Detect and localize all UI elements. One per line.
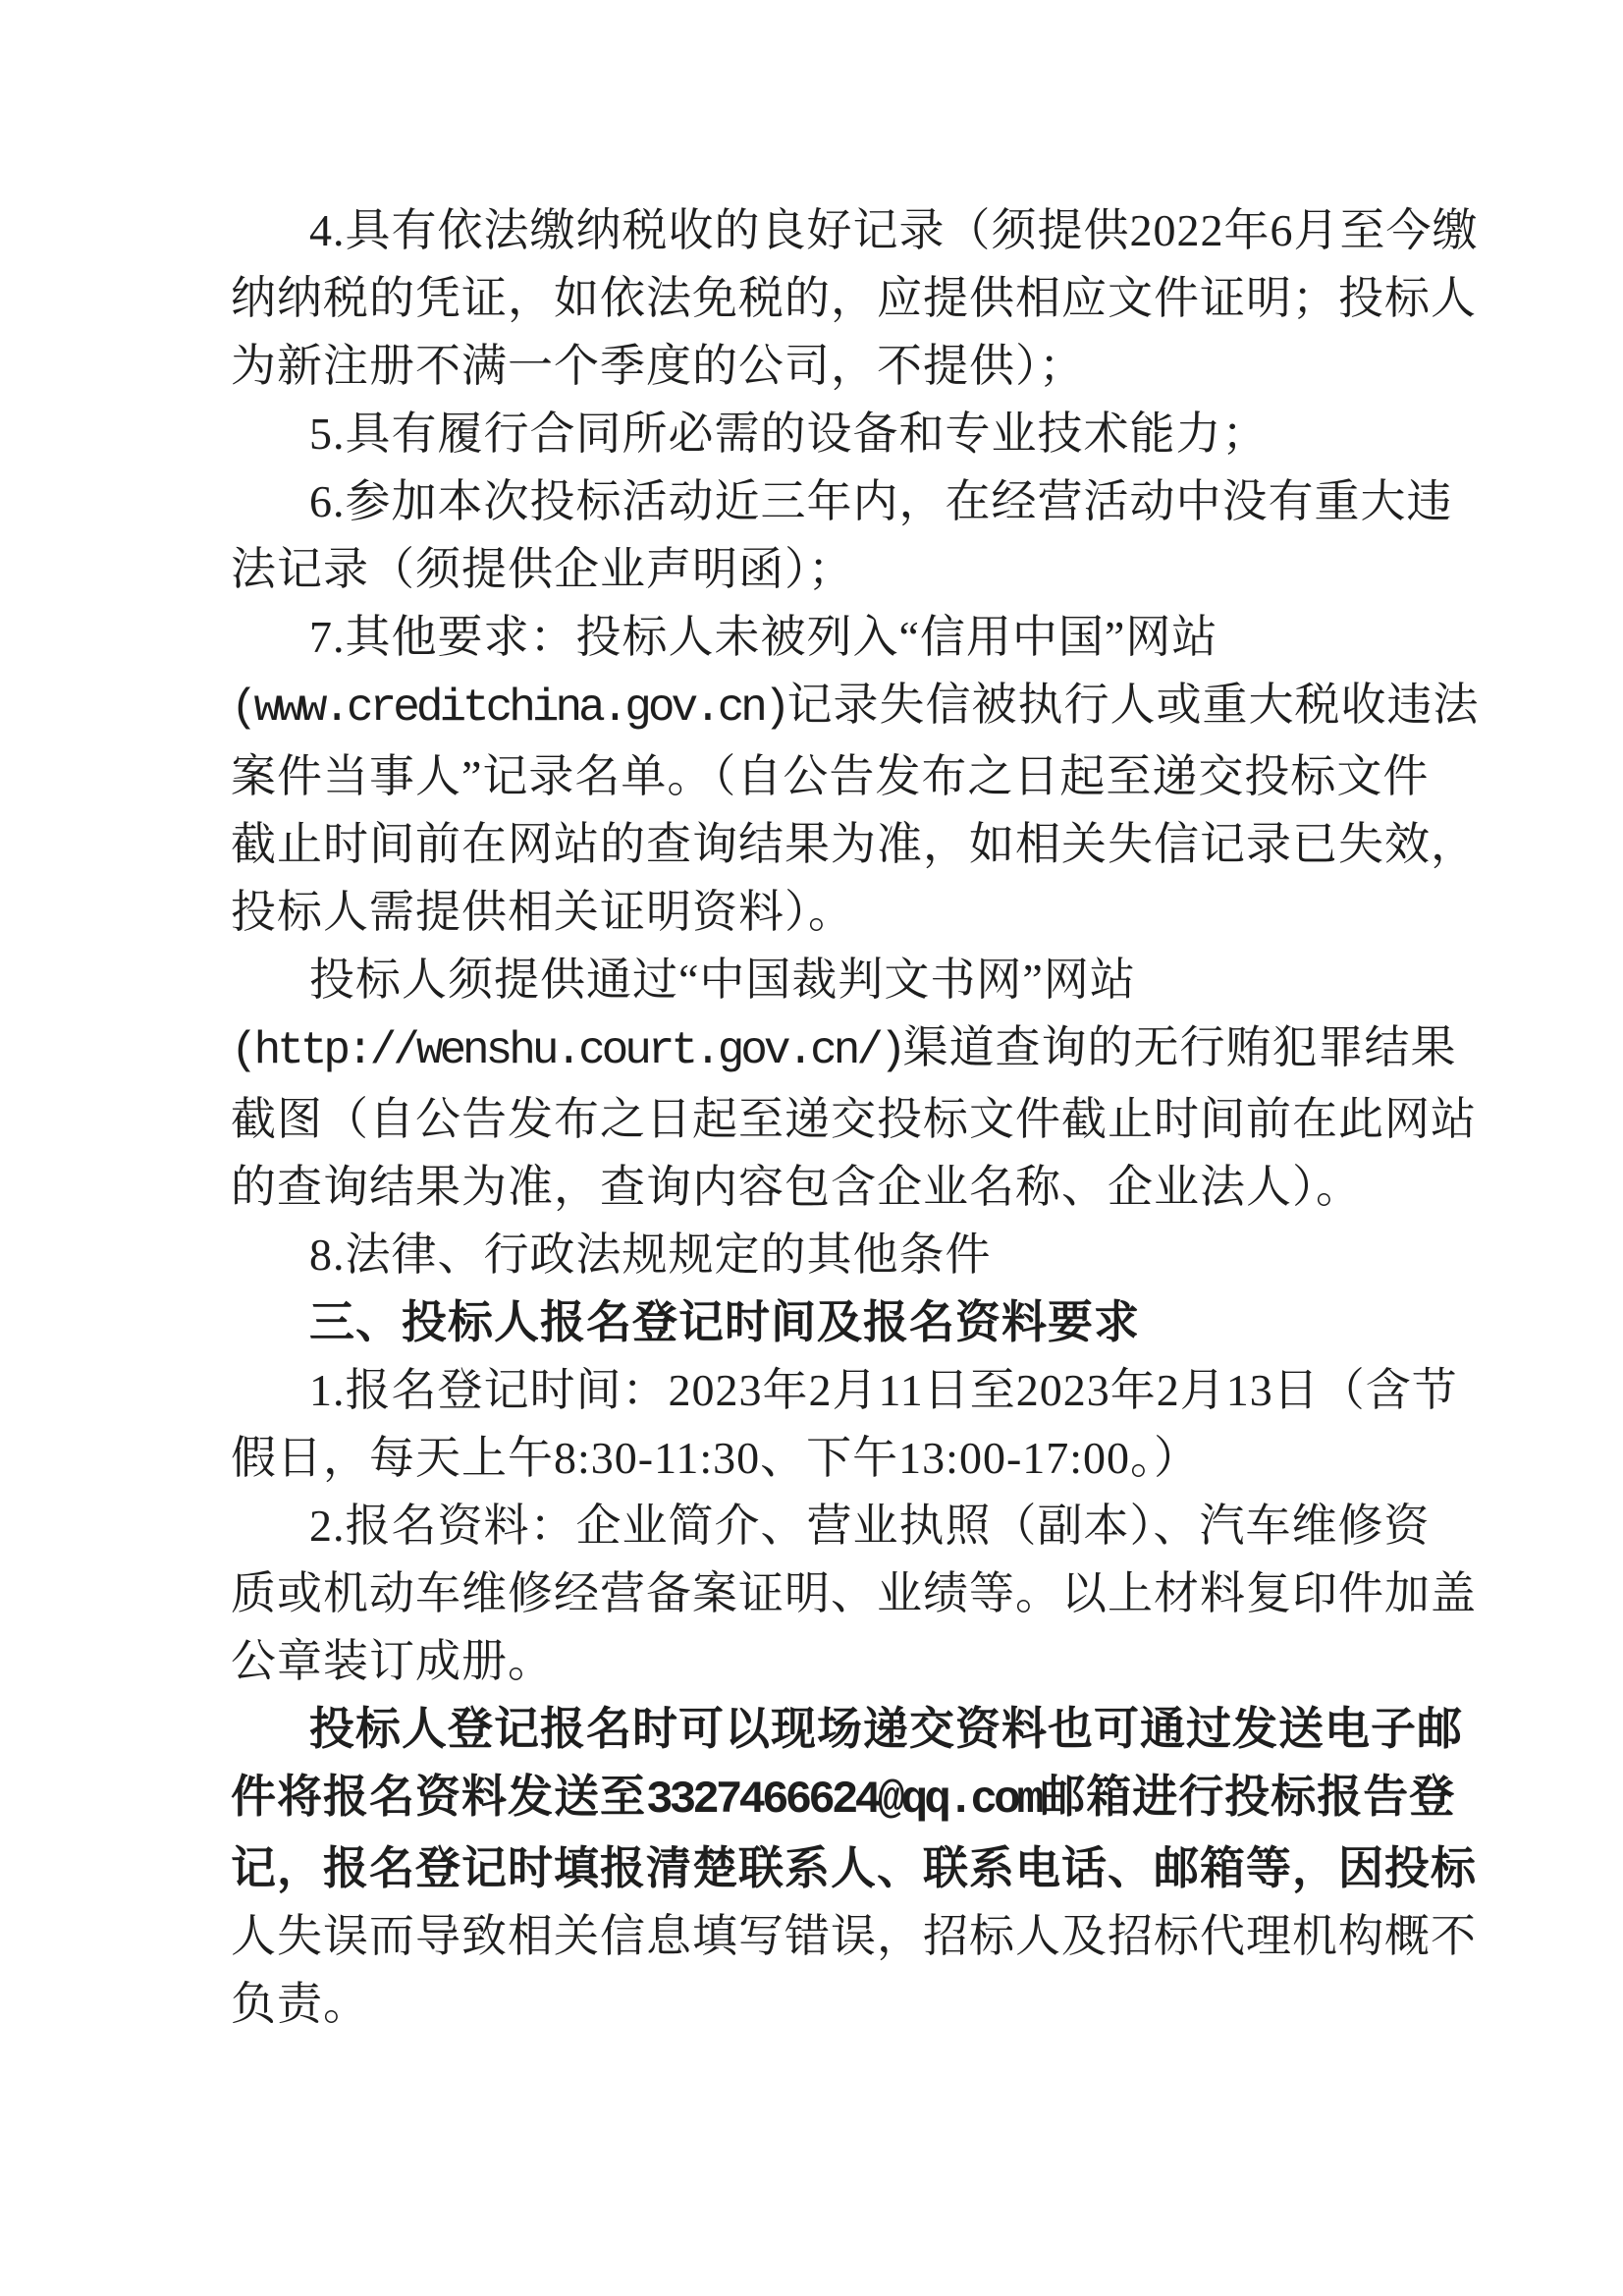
text-segment: 截图（自公告发布之日起至递交投标文件截止时间前在此网站 <box>231 1094 1477 1144</box>
text-segment: 8.法律、行政法规规定的其他条件 <box>309 1230 992 1280</box>
text-line: (www.creditchina.gov.cn)记录失信被执行人或重大税收违法 <box>231 671 1478 742</box>
url-text-segment: (http://wenshu.court.gov.cn/) <box>231 1025 903 1076</box>
text-segment: 6.参加本次投标活动近三年内，在经营活动中没有重大违 <box>309 476 1453 526</box>
text-segment: 邮箱进行投标报告登 <box>1040 1772 1455 1822</box>
text-line: 投标人须提供通过“中国裁判文书网”网站 <box>231 946 1478 1013</box>
text-line: 三、投标人报名登记时间及报名资料要求 <box>231 1288 1478 1356</box>
text-line: 纳纳税的凭证，如依法免税的，应提供相应文件证明；投标人 <box>231 264 1478 332</box>
text-segment: 投标人需提供相关证明资料）。 <box>231 887 854 937</box>
text-line: (http://wenshu.court.gov.cn/)渠道查询的无行贿犯罪结… <box>231 1013 1478 1085</box>
text-line: 投标人需提供相关证明资料）。 <box>231 878 1478 946</box>
text-segment: 负责。 <box>231 1979 369 2029</box>
text-segment: 投标人须提供通过“中国裁判文书网”网站 <box>309 955 1136 1005</box>
text-segment: 的查询结果为准，查询内容包含企业名称、企业法人）。 <box>231 1162 1362 1212</box>
text-line: 法记录（须提供企业声明函）； <box>231 535 1478 603</box>
text-line: 5.具有履行合同所必需的设备和专业技术能力； <box>231 400 1478 467</box>
text-segment: 公章装订成册。 <box>231 1636 554 1686</box>
url-text-segment: 3327466624@qq.com <box>646 1775 1040 1826</box>
text-line: 假日，每天上午8:30-11:30、下午13:00-17:00。） <box>231 1424 1478 1492</box>
url-text-segment: (www.creditchina.gov.cn) <box>231 683 787 734</box>
text-segment: 纳纳税的凭证，如依法免税的，应提供相应文件证明；投标人 <box>231 273 1477 323</box>
text-line: 人失误而导致相关信息填写错误，招标人及招标代理机构概不 <box>231 1902 1478 1970</box>
text-line: 投标人登记报名时可以现场递交资料也可通过发送电子邮 <box>231 1695 1478 1763</box>
text-line: 的查询结果为准，查询内容包含企业名称、企业法人）。 <box>231 1153 1478 1221</box>
text-segment: 三、投标人报名登记时间及报名资料要求 <box>309 1297 1140 1347</box>
text-segment: 为新注册不满一个季度的公司，不提供）； <box>231 341 1085 391</box>
text-segment: 质或机动车维修经营备案证明、业绩等。以上材料复印件加盖 <box>231 1568 1477 1618</box>
text-line: 案件当事人”记录名单。（自公告发布之日起至递交投标文件 <box>231 742 1478 810</box>
text-line: 2.报名资料：企业简介、营业执照（副本）、汽车维修资 <box>231 1492 1478 1559</box>
text-line: 公章装订成册。 <box>231 1627 1478 1695</box>
text-segment: 件将报名资料发送至 <box>231 1772 646 1822</box>
text-segment: 2.报名资料：企业简介、营业执照（副本）、汽车维修资 <box>309 1501 1431 1551</box>
text-segment: 7.其他要求：投标人未被列入“信用中国”网站 <box>309 612 1217 662</box>
text-line: 为新注册不满一个季度的公司，不提供）； <box>231 332 1478 400</box>
text-line: 质或机动车维修经营备案证明、业绩等。以上材料复印件加盖 <box>231 1559 1478 1627</box>
text-line: 6.参加本次投标活动近三年内，在经营活动中没有重大违 <box>231 467 1478 535</box>
text-segment: 法记录（须提供企业声明函）； <box>231 544 854 594</box>
text-segment: 1.报名登记时间：2023年2月11日至2023年2月13日（含节 <box>309 1365 1458 1415</box>
text-segment: 案件当事人”记录名单。（自公告发布之日起至递交投标文件 <box>231 751 1429 801</box>
text-segment: 投标人登记报名时可以现场递交资料也可通过发送电子邮 <box>309 1704 1463 1754</box>
text-line: 截止时间前在网站的查询结果为准，如相关失信记录已失效， <box>231 810 1478 878</box>
text-line: 1.报名登记时间：2023年2月11日至2023年2月13日（含节 <box>231 1356 1478 1424</box>
text-segment: 记，报名登记时填报清楚联系人、联系电话、邮箱等，因投标 <box>231 1843 1477 1893</box>
text-segment: 记录失信被执行人或重大税收违法 <box>787 680 1480 730</box>
text-line: 记，报名登记时填报清楚联系人、联系电话、邮箱等，因投标 <box>231 1834 1478 1902</box>
text-segment: 假日，每天上午8:30-11:30、下午13:00-17:00。） <box>231 1433 1200 1483</box>
text-segment: 渠道查询的无行贿犯罪结果 <box>903 1022 1457 1072</box>
text-line: 截图（自公告发布之日起至递交投标文件截止时间前在此网站 <box>231 1085 1478 1153</box>
text-line: 负责。 <box>231 1970 1478 2038</box>
text-line: 4.具有依法缴纳税收的良好记录（须提供2022年6月至今缴 <box>231 196 1478 264</box>
text-segment: 5.具有履行合同所必需的设备和专业技术能力； <box>309 409 1269 459</box>
text-line: 7.其他要求：投标人未被列入“信用中国”网站 <box>231 603 1478 671</box>
scanned-document-page: 4.具有依法缴纳税收的良好记录（须提供2022年6月至今缴纳纳税的凭证，如依法免… <box>0 0 1623 2296</box>
text-line: 8.法律、行政法规规定的其他条件 <box>231 1221 1478 1288</box>
text-line: 件将报名资料发送至3327466624@qq.com邮箱进行投标报告登 <box>231 1763 1478 1834</box>
text-segment: 4.具有依法缴纳税收的良好记录（须提供2022年6月至今缴 <box>309 205 1479 255</box>
text-segment: 人失误而导致相关信息填写错误，招标人及招标代理机构概不 <box>231 1911 1477 1961</box>
document-body: 4.具有依法缴纳税收的良好记录（须提供2022年6月至今缴纳纳税的凭证，如依法免… <box>0 0 1623 2038</box>
text-segment: 截止时间前在网站的查询结果为准，如相关失信记录已失效， <box>231 819 1477 869</box>
